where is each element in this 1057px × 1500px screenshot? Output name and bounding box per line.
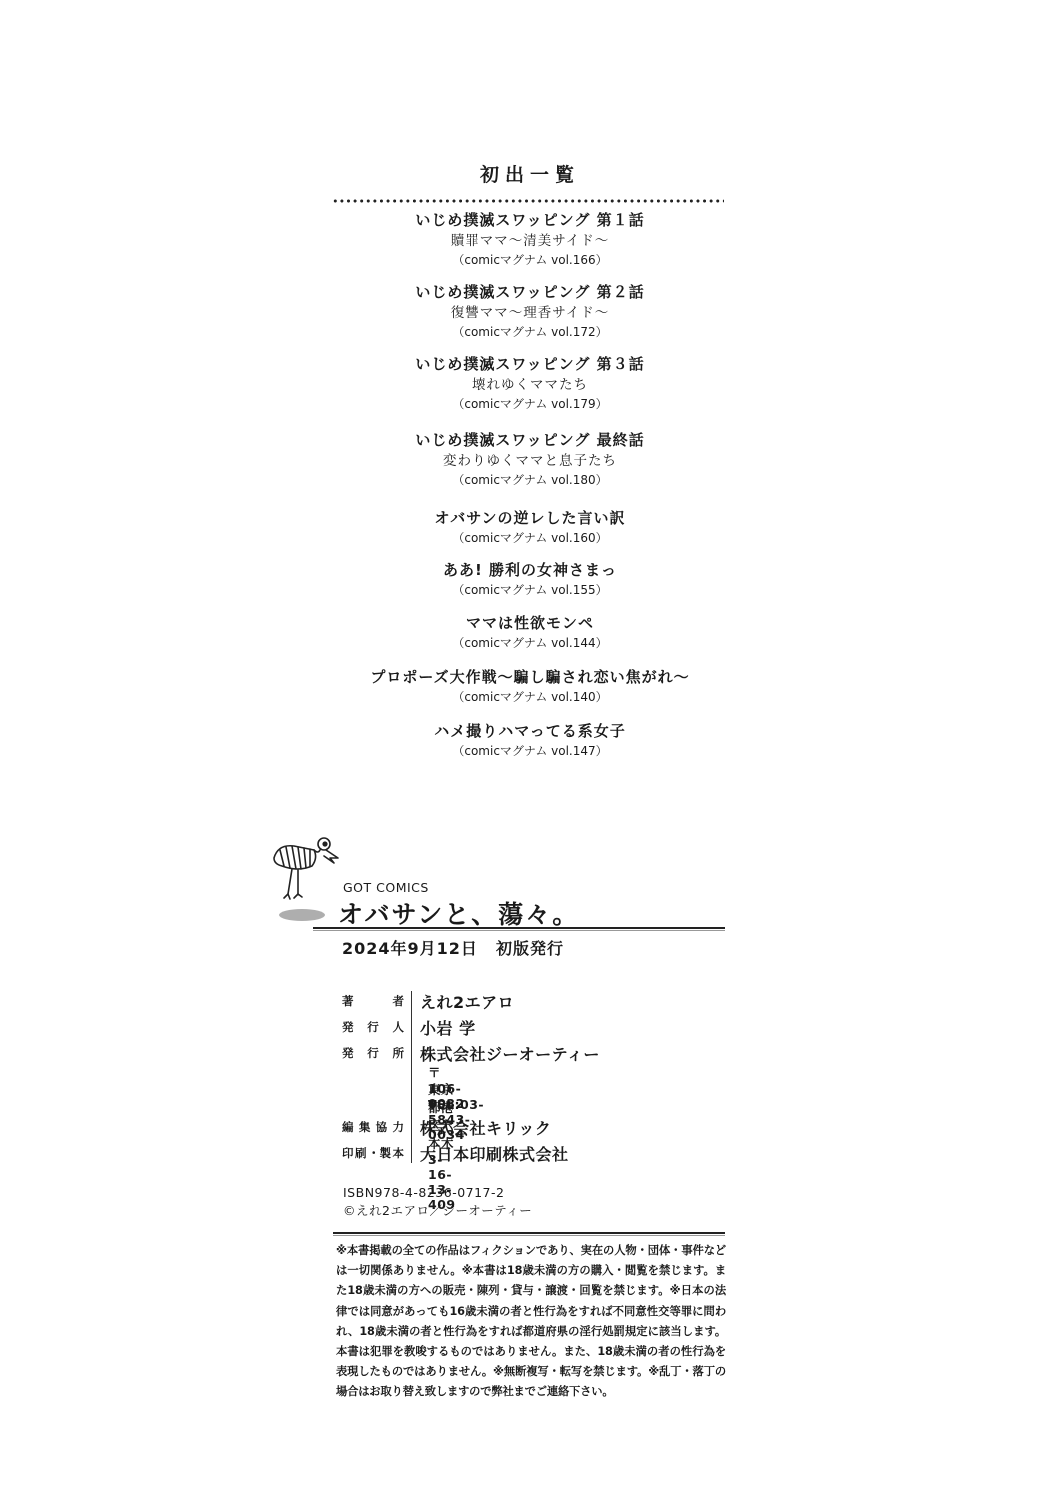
colophon-page: 初出一覧 いじめ撲滅スワッピング 第１話 贖罪ママ～清美サイド～ （comicマ…: [0, 0, 1057, 1500]
toc-entry: ハメ撮りハマってる系女子 （comicマグナム vol.147）: [330, 720, 730, 761]
title-divider: [313, 927, 725, 929]
bird-logo-icon: [268, 836, 348, 926]
legal-disclaimer: ※本書掲載の全ての作品はフィクションであり、実在の人物・団体・事件などは一切関係…: [336, 1241, 726, 1403]
toc-entry-title: オバサンの逆レした言い訳: [330, 507, 730, 529]
toc-entry: ママは性欲モンペ （comicマグナム vol.144）: [330, 612, 730, 653]
imprint-label: GOT COMICS: [343, 880, 429, 895]
toc-entry-venue: （comicマグナム vol.147）: [330, 742, 730, 761]
toc-title: 初出一覧: [330, 160, 730, 187]
book-title: オバサンと、蕩々。: [338, 895, 579, 931]
toc-entry-title: ハメ撮りハマってる系女子: [330, 720, 730, 742]
toc-entry-title: いじめ撲滅スワッピング 第２話: [330, 281, 730, 303]
disclaimer-divider-shadow: [333, 1235, 725, 1236]
toc-entry-venue: （comicマグナム vol.160）: [330, 529, 730, 548]
credit-label: 印 刷 ・製 本: [342, 1145, 404, 1161]
toc-entry-subtitle: 贖罪ママ～清美サイド～: [330, 231, 730, 251]
toc-entry-subtitle: 壊れゆくママたち: [330, 375, 730, 395]
credit-label: 発 行 人: [342, 1019, 404, 1035]
isbn: ISBN978-4-8236-0717-2: [343, 1185, 504, 1200]
toc-entry-title: ああ! 勝利の女神さまっ: [330, 559, 730, 581]
credits-divider: [411, 991, 412, 1163]
edition-label: 初版発行: [496, 939, 564, 958]
credit-value: 株式会社ジーオーティー: [420, 1042, 600, 1065]
toc-entry-venue: （comicマグナム vol.155）: [330, 581, 730, 600]
toc-entry: プロポーズ大作戦～騙し騙され恋い焦がれ～ （comicマグナム vol.140）: [330, 666, 730, 707]
toc-entry-venue: （comicマグナム vol.179）: [330, 395, 730, 414]
toc-entry-venue: （comicマグナム vol.180）: [330, 471, 730, 490]
toc-entry-title: いじめ撲滅スワッピング 第３話: [330, 353, 730, 375]
title-divider-shadow: [313, 930, 725, 931]
toc-entry-subtitle: 復讐ママ～理香サイド～: [330, 303, 730, 323]
toc-entry: いじめ撲滅スワッピング 最終話 変わりゆくママと息子たち （comicマグナム …: [330, 429, 730, 490]
toc-entry: いじめ撲滅スワッピング 第２話 復讐ママ～理香サイド～ （comicマグナム v…: [330, 281, 730, 342]
toc-entry-title: プロポーズ大作戦～騙し騙され恋い焦がれ～: [330, 666, 730, 688]
credit-value: 大日本印刷株式会社: [420, 1142, 569, 1165]
toc-entry: いじめ撲滅スワッピング 第１話 贖罪ママ～清美サイド～ （comicマグナム v…: [330, 209, 730, 270]
credit-value: 株式会社キリック: [420, 1116, 551, 1139]
toc-entry-venue: （comicマグナム vol.144）: [330, 634, 730, 653]
toc-entry: ああ! 勝利の女神さまっ （comicマグナム vol.155）: [330, 559, 730, 600]
publication-date: 2024年9月12日: [342, 939, 478, 958]
credit-label: 発 行 所: [342, 1045, 404, 1061]
credit-value: えれ2エアロ: [420, 990, 514, 1013]
toc-entry-venue: （comicマグナム vol.172）: [330, 323, 730, 342]
publication-date-line: 2024年9月12日初版発行: [342, 936, 582, 959]
toc-entry-title: いじめ撲滅スワッピング 最終話: [330, 429, 730, 451]
credit-label: 編 集 協 力: [342, 1119, 404, 1135]
credit-label: 著 者: [342, 993, 404, 1009]
toc-entry-title: いじめ撲滅スワッピング 第１話: [330, 209, 730, 231]
toc-entry-venue: （comicマグナム vol.166）: [330, 251, 730, 270]
toc-entry-title: ママは性欲モンペ: [330, 612, 730, 634]
toc-entry: いじめ撲滅スワッピング 第３話 壊れゆくママたち （comicマグナム vol.…: [330, 353, 730, 414]
toc-entry: オバサンの逆レした言い訳 （comicマグナム vol.160）: [330, 507, 730, 548]
toc-entry-venue: （comicマグナム vol.140）: [330, 688, 730, 707]
copyright-notice: ©えれ2エアロ／ジーオーティー: [343, 1201, 532, 1219]
credit-value: 小岩 学: [420, 1016, 476, 1039]
toc-entry-subtitle: 変わりゆくママと息子たち: [330, 451, 730, 471]
disclaimer-divider: [333, 1232, 725, 1234]
dotted-divider: [332, 199, 724, 203]
